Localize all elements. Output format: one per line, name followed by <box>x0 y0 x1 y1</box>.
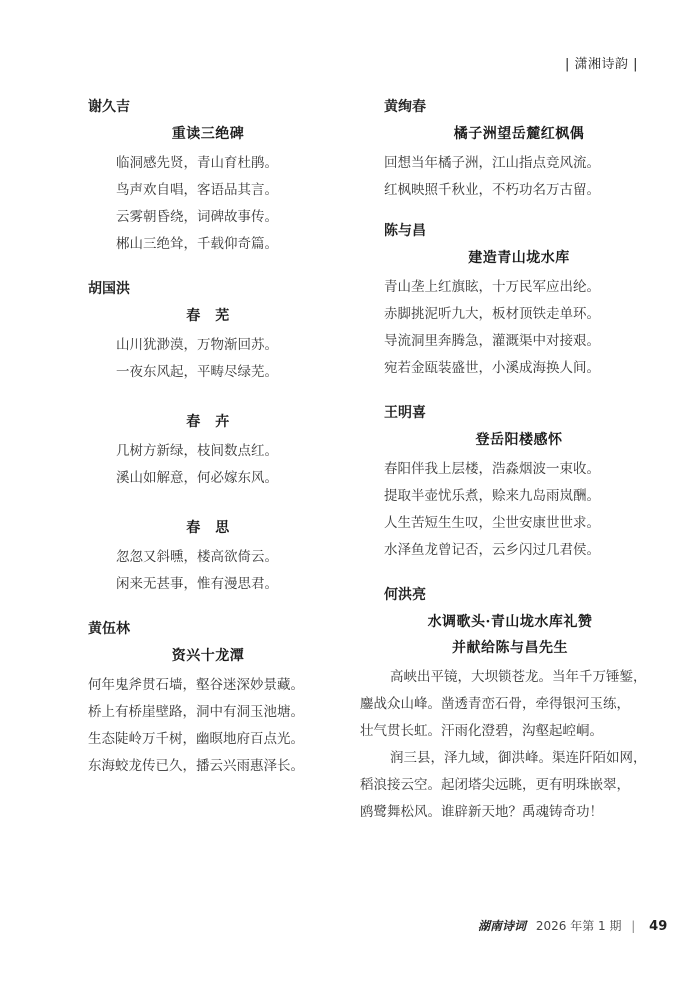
poem-line: 临洞感先贤，青山育杜鹃。 <box>88 150 328 177</box>
poem-subtitle: 并献给陈与昌先生 <box>360 638 660 658</box>
poem-line: 回想当年橘子洲，江山指点竞风流。 <box>384 150 654 177</box>
poem-title: 春 思 <box>88 518 328 538</box>
poem-line: 春阳伴我上层楼，浩淼烟波一束收。 <box>384 456 654 483</box>
poem-line: 鸥鹭舞松风。谁辟新天地？禹魂铸奇功！ <box>360 799 660 826</box>
poem-title: 水调歌头·青山垅水库礼赞 <box>360 612 660 632</box>
poem-line: 云雾朝昏绕，词碑故事传。 <box>88 204 328 231</box>
poem-line: 人生苦短生生叹，尘世安康世世求。 <box>384 510 654 537</box>
poem-line: 几树方新绿，枝间数点红。 <box>88 438 328 465</box>
poem-line: 鏖战众山峰。凿透青峦石骨，牵得银河玉练， <box>360 691 660 718</box>
author-name: 陈与昌 <box>384 222 654 240</box>
poem-line: 导流洞里奔腾急，灌溉渠中对接艰。 <box>384 328 654 355</box>
poem-line: 宛若金瓯装盛世，小溪成海换人间。 <box>384 355 654 382</box>
author-block: 黄伍林 资兴十龙潭 何年鬼斧贯石墙，壑谷迷深妙景藏。 桥上有桥崖壁路，洞中有洞玉… <box>88 620 328 780</box>
poem-title: 资兴十龙潭 <box>88 646 328 666</box>
author-name: 何洪亮 <box>360 586 660 604</box>
poem-title: 建造青山垅水库 <box>384 248 654 268</box>
author-block: 王明喜 登岳阳楼感怀 春阳伴我上层楼，浩淼烟波一束收。 提取半壶忧乐煮，赊来九岛… <box>384 404 654 564</box>
poem-line: 提取半壶忧乐煮，赊来九岛雨岚酬。 <box>384 483 654 510</box>
left-column: 谢久吉 重读三绝碑 临洞感先贤，青山育杜鹃。 鸟声欢自唱，客语品其言。 云雾朝昏… <box>88 98 328 798</box>
poem-line: 赤脚挑泥听九大，板材顶铁走单环。 <box>384 301 654 328</box>
poem-line: 何年鬼斧贯石墙，壑谷迷深妙景藏。 <box>88 672 328 699</box>
poem-line: 郴山三绝耸，千载仰奇篇。 <box>88 231 328 258</box>
poem-line: 高峡出平镜，大坝锁苍龙。当年千万锤錾， <box>360 664 660 691</box>
poem-line: 山川犹渺漠，万物渐回苏。 <box>88 332 328 359</box>
poem-title: 春 芜 <box>88 306 328 326</box>
poem-line: 闲来无甚事，惟有漫思君。 <box>88 571 328 598</box>
magazine-logo: 湖南诗词 <box>478 919 526 933</box>
poem-line: 忽忽又斜曛，楼高欲倚云。 <box>88 544 328 571</box>
poem-line: 溪山如解意，何必嫁东风。 <box>88 465 328 492</box>
author-name: 黄绚春 <box>384 98 654 116</box>
author-block: 何洪亮 水调歌头·青山垅水库礼赞 并献给陈与昌先生 高峡出平镜，大坝锁苍龙。当年… <box>360 586 660 826</box>
poem-line: 润三县，泽九域，御洪峰。渠连阡陌如网， <box>360 745 660 772</box>
author-name: 谢久吉 <box>88 98 328 116</box>
author-block: 胡国洪 春 芜 山川犹渺漠，万物渐回苏。 一夜东风起，平畴尽绿芜。 春 卉 几树… <box>88 280 328 598</box>
author-name: 胡国洪 <box>88 280 328 298</box>
poem-line: 生态陡岭万千树，幽暝地府百点光。 <box>88 726 328 753</box>
author-block: 陈与昌 建造青山垅水库 青山垄上红旗眩，十万民军应出纶。 赤脚挑泥听九大，板材顶… <box>384 222 654 382</box>
page-footer: 湖南诗词 2026 年第 1 期 | 49 <box>478 917 667 934</box>
author-block: 谢久吉 重读三绝碑 临洞感先贤，青山育杜鹃。 鸟声欢自唱，客语品其言。 云雾朝昏… <box>88 98 328 258</box>
page-number: 49 <box>649 919 667 934</box>
poem-line: 壮气贯长虹。汗雨化澄碧，沟壑起崆峒。 <box>360 718 660 745</box>
poem-title: 春 卉 <box>88 412 328 432</box>
author-name: 黄伍林 <box>88 620 328 638</box>
issue-label: 2026 年第 1 期 <box>536 919 622 933</box>
author-name: 王明喜 <box>384 404 654 422</box>
poem-line: 水泽鱼龙曾记否，云乡闪过几君侯。 <box>384 537 654 564</box>
poem-title: 登岳阳楼感怀 <box>384 430 654 450</box>
poem-line: 桥上有桥崖壁路，洞中有洞玉池塘。 <box>88 699 328 726</box>
poem-line: 一夜东风起，平畴尽绿芜。 <box>88 359 328 386</box>
right-column: 黄绚春 橘子洲望岳麓红枫偶 回想当年橘子洲，江山指点竞风流。 红枫映照千秋业，不… <box>384 98 654 844</box>
poem-title: 橘子洲望岳麓红枫偶 <box>384 124 654 144</box>
poem-line: 鸟声欢自唱，客语品其言。 <box>88 177 328 204</box>
poem-line: 稻浪接云空。起闭塔尖远眺，更有明珠嵌翠， <box>360 772 660 799</box>
poem-line: 青山垄上红旗眩，十万民军应出纶。 <box>384 274 654 301</box>
poem-line: 红枫映照千秋业，不朽功名万古留。 <box>384 177 654 204</box>
footer-divider: | <box>631 919 635 933</box>
section-tag: | 潇湘诗韵 | <box>565 53 638 72</box>
poem-title: 重读三绝碑 <box>88 124 328 144</box>
author-block: 黄绚春 橘子洲望岳麓红枫偶 回想当年橘子洲，江山指点竞风流。 红枫映照千秋业，不… <box>384 98 654 204</box>
poem-line: 东海蛟龙传已久，播云兴雨惠泽长。 <box>88 753 328 780</box>
